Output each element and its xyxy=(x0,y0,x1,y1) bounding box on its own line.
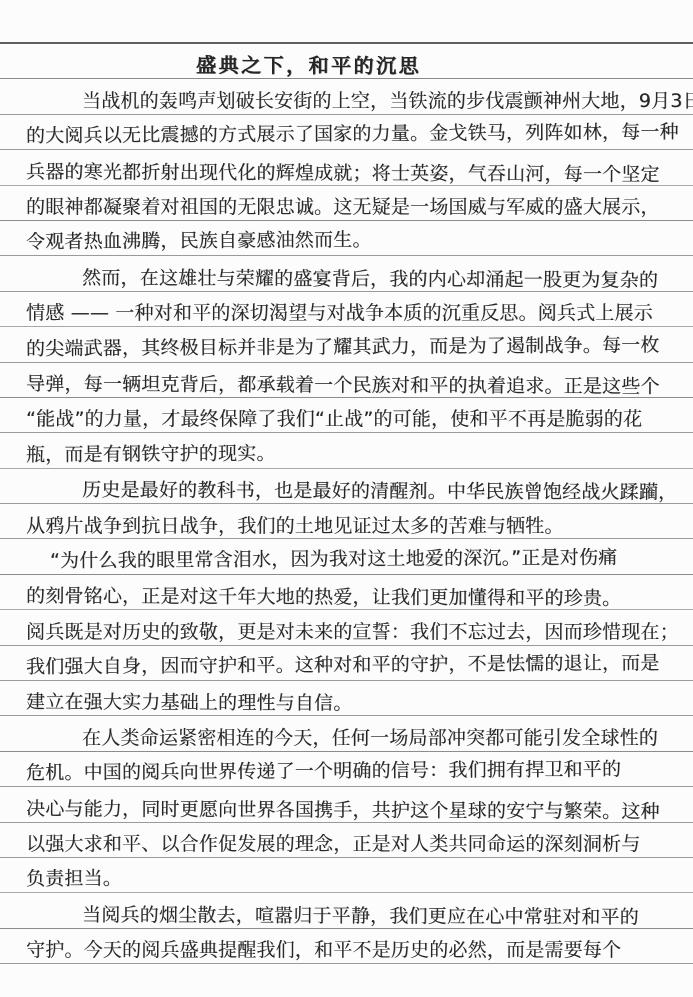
handwritten-text: 守护。今天的阅兵盛典提醒我们，和平不是历史的必然，而是需要每个 xyxy=(26,941,621,961)
text-line: “为什么我的眼里常含泪水，因为我对这土地爱的深沉。”正是对伤痛 xyxy=(0,539,693,574)
text-line: 负责担当。 xyxy=(0,858,693,893)
handwritten-text: 危机。中国的阅兵向世界传递了一个明确的信号：我们拥有捍卫和平的 xyxy=(26,761,621,785)
text-line: 的大阅兵以无比震撼的方式展示了国家的力量。金戈铁马，列阵如林，每一种 xyxy=(0,115,693,150)
handwritten-text: 情感 —— 一种对和平的深切渴望与对战争本质的沉重反思。阅兵式上展示 xyxy=(26,304,653,324)
text-line: 导弹，每一辆坦克背后，都承载着一个民族对和平的执着追求。正是这些个 xyxy=(0,363,693,398)
handwritten-text: 负责担当。 xyxy=(26,870,122,891)
text-line: “能战”的力量，才最终保障了我们“止战”的可能，使和平不再是脆弱的花 xyxy=(0,398,693,433)
handwritten-text: 决心与能力，同时更愿向世界各国携手，共护这个星球的安宁与繁荣。这种 xyxy=(26,800,660,823)
handwritten-text: 当战机的轰鸣声划破长安街的上空，当铁流的步伐震颤神州大地，9月3日 xyxy=(82,92,693,112)
handwritten-text: 的尖端武器，其终极目标并非是为了耀其武力，而是为了遏制战争。每一枚 xyxy=(26,336,660,360)
text-line: 决心与能力，同时更愿向世界各国携手，共护这个星球的安宁与繁荣。这种 xyxy=(0,787,693,822)
handwritten-text: 兵器的寒光都折射出现代化的辉煌成就；将士英姿，气吞山河，每一个坚定 xyxy=(26,163,660,186)
handwritten-text: 我们强大自身，因而守护和平。这种对和平的守护，不是怯懦的退让，而是 xyxy=(26,654,660,678)
handwritten-text: 令观者热血沸腾，民族自豪感油然而生。 xyxy=(26,231,372,253)
handwritten-text: 的大阅兵以无比震撼的方式展示了国家的力量。金戈铁马，列阵如林，每一种 xyxy=(26,123,679,147)
text-line: 以强大求和平、以合作促发展的理念，正是对人类共同命运的深刻洞析与 xyxy=(0,823,693,858)
essay-title: 盛典之下，和平的沉思 xyxy=(196,55,421,77)
text-line: 在人类命运紧密相连的今天，任何一场局部冲突都可能引发全球性的 xyxy=(0,716,693,751)
handwritten-text: 从鸦片战争到抗日战争，我们的土地见证过太多的苦难与牺牲。 xyxy=(26,517,564,537)
handwritten-text: 阅兵既是对历史的致敬，更是对未来的宣誓：我们不忘过去，因而珍惜现在； xyxy=(26,623,679,643)
ruled-area: 盛典之下，和平的沉思 当战机的轰鸣声划破长安街的上空，当铁流的步伐震颤神州大地，… xyxy=(0,42,693,964)
handwritten-text: “为什么我的眼里常含泪水，因为我对这土地爱的深沉。”正是对伤痛 xyxy=(50,548,618,571)
text-line: 的眼神都凝聚着对祖国的无限忠诚。这无疑是一场国威与军威的盛大展示， xyxy=(0,186,693,221)
text-line: 的尖端武器，其终极目标并非是为了耀其武力，而是为了遏制战争。每一枚 xyxy=(0,327,693,362)
text-line: 当战机的轰鸣声划破长安街的上空，当铁流的步伐震颤神州大地，9月3日 xyxy=(0,79,693,114)
text-line: 情感 —— 一种对和平的深切渴望与对战争本质的沉重反思。阅兵式上展示 xyxy=(0,292,693,327)
handwritten-text: 然而，在这雄壮与荣耀的盛宴背后，我的内心却涌起一股更为复杂的 xyxy=(82,269,658,291)
notebook-page: 盛典之下，和平的沉思 当战机的轰鸣声划破长安街的上空，当铁流的步伐震颤神州大地，… xyxy=(0,0,693,997)
text-line: 建立在强大实力基础上的理性与自信。 xyxy=(0,681,693,716)
handwritten-text: 当阅兵的烟尘散去，喧嚣归于平静，我们更应在心中常驻对和平的 xyxy=(82,906,639,928)
text-line: 然而，在这雄壮与荣耀的盛宴背后，我的内心却涌起一股更为复杂的 xyxy=(0,256,693,291)
handwritten-text: 瓶，而是有钢铁守护的现实。 xyxy=(26,444,276,465)
title-line: 盛典之下，和平的沉思 xyxy=(0,44,693,79)
handwritten-text: 的眼神都凝聚着对祖国的无限忠诚。这无疑是一场国威与军威的盛大展示， xyxy=(26,198,660,218)
text-line: 我们强大自身，因而守护和平。这种对和平的守护，不是怯懦的退让，而是 xyxy=(0,646,693,681)
text-line: 当阅兵的烟尘散去，喧嚣归于平静，我们更应在心中常驻对和平的 xyxy=(0,893,693,928)
text-line: 令观者热血沸腾，民族自豪感油然而生。 xyxy=(0,221,693,256)
handwritten-text: 建立在强大实力基础上的理性与自信。 xyxy=(26,693,352,714)
text-line: 历史是最好的教科书，也是最好的清醒剂。中华民族曾饱经战火蹂躏， xyxy=(0,469,693,504)
handwritten-text: 以强大求和平、以合作促发展的理念，正是对人类共同命运的深刻洞析与 xyxy=(26,835,640,855)
handwritten-text: 的刻骨铭心，正是对这千年大地的热爱，让我们更加懂得和平的珍贵。 xyxy=(26,587,621,610)
handwritten-text: 历史是最好的教科书，也是最好的清醒剂。中华民族曾饱经战火蹂躏， xyxy=(82,481,677,504)
handwritten-text: 在人类命运紧密相连的今天，任何一场局部冲突都可能引发全球性的 xyxy=(82,729,658,749)
handwritten-text: “能战”的力量，才最终保障了我们“止战”的可能，使和平不再是脆弱的花 xyxy=(26,410,642,430)
text-line: 从鸦片战争到抗日战争，我们的土地见证过太多的苦难与牺牲。 xyxy=(0,504,693,539)
text-line: 瓶，而是有钢铁守护的现实。 xyxy=(0,433,693,468)
text-line: 阅兵既是对历史的致敬，更是对未来的宣誓：我们不忘过去，因而珍惜现在； xyxy=(0,610,693,645)
text-line: 危机。中国的阅兵向世界传递了一个明确的信号：我们拥有捍卫和平的 xyxy=(0,752,693,787)
text-line: 兵器的寒光都折射出现代化的辉煌成就；将士英姿，气吞山河，每一个坚定 xyxy=(0,150,693,185)
handwritten-text: 导弹，每一辆坦克背后，都承载着一个民族对和平的执着追求。正是这些个 xyxy=(26,375,660,398)
text-line: 的刻骨铭心，正是对这千年大地的热爱，让我们更加懂得和平的珍贵。 xyxy=(0,575,693,610)
text-line: 守护。今天的阅兵盛典提醒我们，和平不是历史的必然，而是需要每个 xyxy=(0,929,693,964)
